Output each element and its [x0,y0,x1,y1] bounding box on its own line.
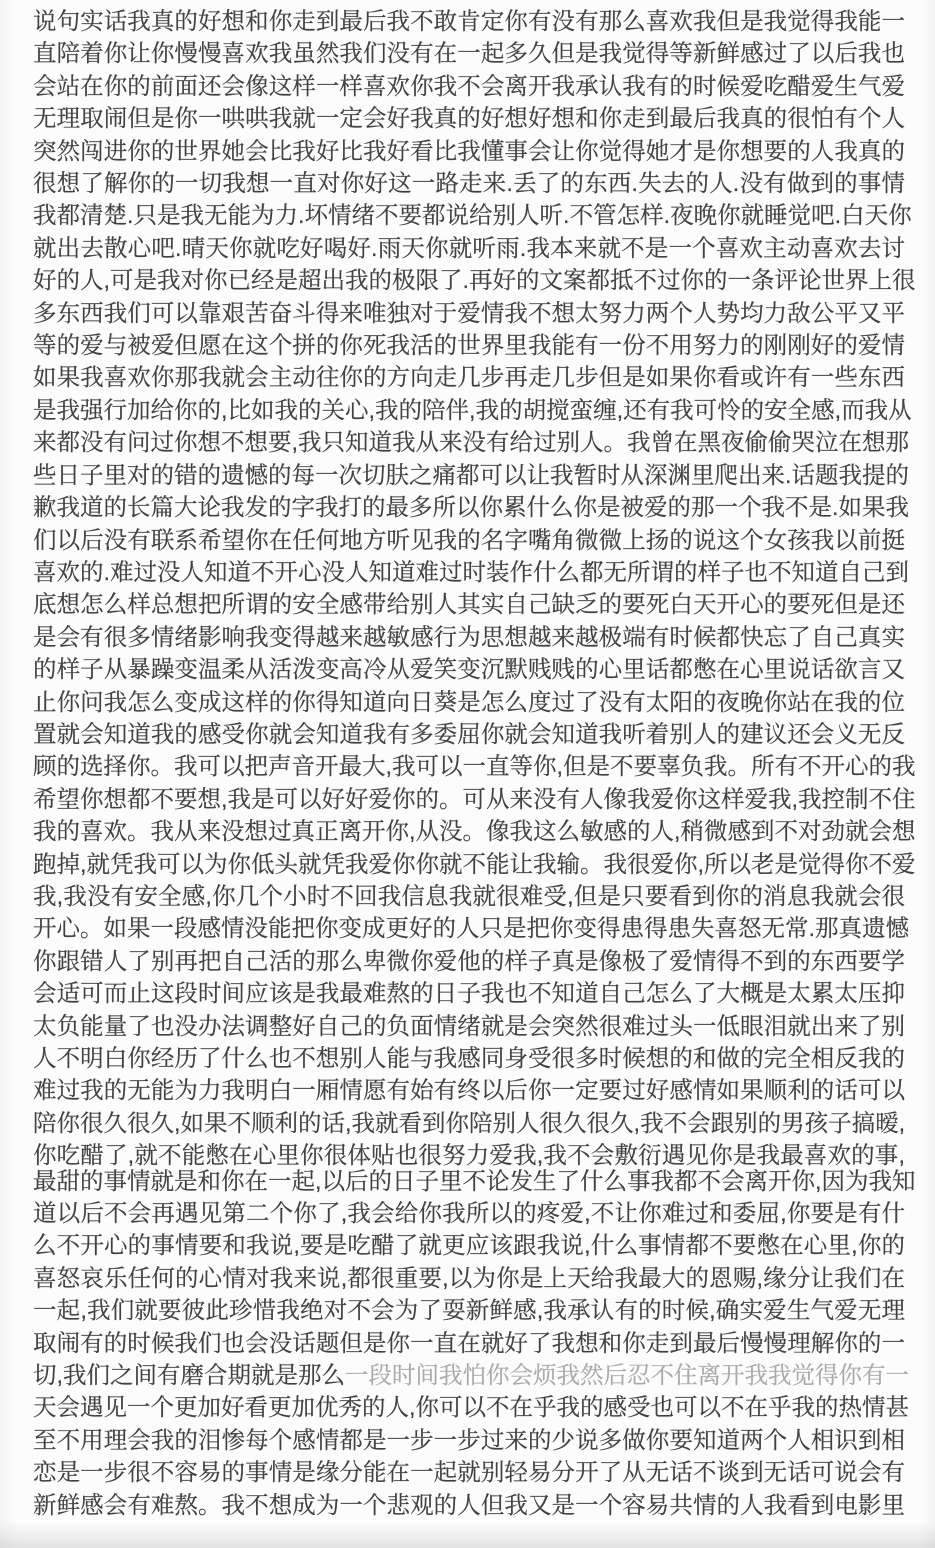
text-line-segment: 说句实话我真的好想和你走到最后我不敢肯定你有没有那么喜欢我但是我觉得我能一 [33,8,905,34]
text-line-segment: 太负能量了也没办法调整好自己的负面情绪就是会突然很难过头一低眼泪就出来了别 [33,1013,905,1039]
text-line-segment: 难过我的无能为力我明白一厢情愿有始有终以后你一定要过好感情如果顺利的话可以 [33,1077,905,1103]
text-line: 天会遇见一个更加好看更加优秀的人,你可以不在乎我的感受也可以不在乎我的热情甚 [33,1391,905,1423]
text-line-segment: 一起,我们就要彼此珍惜我绝对不会为了耍新鲜感,我承认有的时候,确实爱生气爱无理 [33,1297,905,1323]
text-line-segment: 等的爱与被爱但愿在这个拼的你死我活的世界里我能有一份不用努力的刚刚好的爱情 [33,332,905,358]
text-line-segment: 顾的选择你。我可以把声音开最大,我可以一直等你,但是不要辜负我。所有不开心的我 [33,753,916,779]
text-line: 至不用理会我的泪惨每个感情都是一步一步过来的少说多做你要知道两个人相识到相 [33,1424,905,1456]
text-line: 来都没有问过你想不想要,我只知道我从来没有给过别人。我曾在黑夜偷偷哭泣在想那 [33,426,905,458]
text-line-segment: 新鲜感会有难熬。我不想成为一个悲观的人但我又是一个容易共情的人我看到电影里 [33,1492,905,1518]
text-line: 你跟错人了别再把自己活的那么卑微你爱他的样子真是像极了爱情得不到的东西要学 [33,945,905,977]
text-line: 最甜的事情就是和你在一起,以后的日子里不论发生了什么事我都不会离开你,因为我知 [33,1165,905,1197]
text-line-segment: 么不开心的事情要和我说,要是吃醋了就更应该跟我说,什么事情都不要憋在心里,你的 [33,1232,905,1258]
text-line-segment: 如果我喜欢你那我就会主动往你的方向走几步再走几步但是如果你看或许有一些东西 [33,364,905,390]
text-line-segment: 会适可而止这段时间应该是我最难熬的日子我也不知道自己怎么了大概是太累太压抑 [33,980,905,1006]
text-line: 喜怒哀乐任何的心情对我来说,都很重要,以为你是上天给我最大的恩赐,缘分让我们在 [33,1262,905,1294]
text-line: 歉我道的长篇大论我发的字我打的最多所以你累什么你是被爱的那一个我不是.如果我 [33,491,905,523]
text-line: 会站在你的前面还会像这样一样喜欢你我不会离开我承认我有的时候爱吃醋爱生气爱 [33,70,905,102]
text-line-segment: 歉我道的长篇大论我发的字我打的最多所以你累什么你是被爱的那一个我不是.如果我 [33,494,909,520]
text-line: 说句实话我真的好想和你走到最后我不敢肯定你有没有那么喜欢我但是我觉得我能一 [33,5,905,37]
text-line: 希望你想都不要想,我是可以好好爱你的。可从来没有人像我爱你这样爱我,我控制不住 [33,783,905,815]
text-line-segment: 道以后不会再遇见第二个你了,我会给你我所以的疼爱,不让你难过和委屈,你要是有什 [33,1200,905,1226]
text-line: 置就会知道我的感受你就会知道我有多委屈你就会知道我听着别人的建议还会义无反 [33,718,905,750]
text-line-segment: 我的喜欢。我从来没想过真正离开你,从没。像我这么敏感的人,稍微感到不对劲就会想 [33,818,916,844]
text-line: 会适可而止这段时间应该是我最难熬的日子我也不知道自己怎么了大概是太累太压抑 [33,977,905,1009]
text-line-segment: 置就会知道我的感受你就会知道我有多委屈你就会知道我听着别人的建议还会义无反 [33,721,905,747]
text-line-segment: 好的人,可是我对你已经是超出我的极限了.再好的文案都抵不过你的一条评论世界上很 [33,267,916,293]
text-line: 喜欢的.难过没人知道不开心没人知道难过时装作什么都无所谓的样子也不知道自己到 [33,556,905,588]
text-line-segment: 最甜的事情就是和你在一起,以后的日子里不论发生了什么事我都不会离开你,因为我知 [33,1168,916,1194]
text-line-segment: 开心。如果一段感情没能把你变成更好的人只是把你变得患得患失喜怒无常.那真遗憾 [33,915,909,941]
text-line-segment: 陪你很久很久,如果不顺利的话,我就看到你陪别人很久很久,我不会跟别的男孩子搞暧, [33,1110,905,1136]
text-line: 突然闯进你的世界她会比我好比我好看比我懂事会让你觉得她才是你想要的人我真的 [33,135,905,167]
text-line-segment: 跑掉,就凭我可以为你低头就凭我爱你你就不能让我输。我很爱你,所以老是觉得你不爱 [33,851,916,877]
text-line-segment: 会站在你的前面还会像这样一样喜欢你我不会离开我承认我有的时候爱吃醋爱生气爱 [33,73,905,99]
text-line: 是我强行加给你的,比如我的关心,我的陪伴,我的胡搅蛮缠,还有我可怜的安全感,而我… [33,394,905,426]
text-line-segment: 喜欢的.难过没人知道不开心没人知道难过时装作什么都无所谓的样子也不知道自己到 [33,559,909,585]
text-line: 底想怎么样总想把所谓的安全感带给别人其实自己缺乏的要死白天开心的要死但是还 [33,588,905,620]
text-line-segment: 天会遇见一个更加好看更加优秀的人,你可以不在乎我的感受也可以不在乎我的热情甚 [33,1394,909,1420]
text-line: 们以后没有联系希望你在任何地方听见我的名字嘴角微微上扬的说这个女孩我以前挺 [33,524,905,556]
text-line-segment: 突然闯进你的世界她会比我好比我好看比我懂事会让你觉得她才是你想要的人我真的 [33,138,905,164]
text-line-faded-segment: 一段时间我怕你会烦我然后忍不住离开我我觉得你有一 [345,1362,909,1388]
text-line: 我都清楚.只是我无能为力.坏情绪不要都说给别人听.不管怎样.夜晚你就睡觉吧.白天… [33,199,905,231]
text-line: 是会有很多情绪影响我变得越来越敏感行为思想越来越极端有时候都快忘了自己真实 [33,621,905,653]
text-line: 些日子里对的错的遗憾的每一次切肤之痛都可以让我暂时从深渊里爬出来.话题我提的 [33,459,905,491]
text-line-segment: 无理取闹但是你一哄哄我就一定会好我真的好想好想和你走到最后我真的很怕有个人 [33,105,905,131]
text-line: 取闹有的时候我们也会没话题但是你一直在就好了我想和你走到最后慢慢理解你的一 [33,1327,905,1359]
text-line-segment: 你跟错人了别再把自己活的那么卑微你爱他的样子真是像极了爱情得不到的东西要学 [33,948,905,974]
text-line: 就出去散心吧.晴天你就吃好喝好.雨天你就听雨.我本来就不是一个喜欢主动喜欢去讨 [33,232,905,264]
text-line: 多东西我们可以靠艰苦奋斗得来唯独对于爱情我不想太努力两个人势均力敌公平又平 [33,297,905,329]
text-line-segment: 就出去散心吧.晴天你就吃好喝好.雨天你就听雨.我本来就不是一个喜欢主动喜欢去讨 [33,235,905,261]
text-line-segment: 是会有很多情绪影响我变得越来越敏感行为思想越来越极端有时候都快忘了自己真实 [33,624,905,650]
text-lines: 说句实话我真的好想和你走到最后我不敢肯定你有没有那么喜欢我但是我觉得我能一直陪着… [33,5,905,1521]
text-line: 恋是一步很不容易的事情是缘分能在一起就别轻易分开了从无话不谈到无话可说会有 [33,1456,905,1488]
text-line-segment: 我都清楚.只是我无能为力.坏情绪不要都说给别人听.不管怎样.夜晚你就睡觉吧.白天… [33,202,912,228]
text-line: 难过我的无能为力我明白一厢情愿有始有终以后你一定要过好感情如果顺利的话可以 [33,1074,905,1106]
text-line: 顾的选择你。我可以把声音开最大,我可以一直等你,但是不要辜负我。所有不开心的我 [33,750,905,782]
text-line: 我的喜欢。我从来没想过真正离开你,从没。像我这么敏感的人,稍微感到不对劲就会想 [33,815,905,847]
text-line: 直陪着你让你慢慢喜欢我虽然我们没有在一起多久但是我觉得等新鲜感过了以后我也 [33,37,905,69]
text-line-segment: 是我强行加给你的,比如我的关心,我的陪伴,我的胡搅蛮缠,还有我可怜的安全感,而我… [33,397,912,423]
text-line: 么不开心的事情要和我说,要是吃醋了就更应该跟我说,什么事情都不要憋在心里,你的 [33,1229,905,1261]
text-line-segment: 切,我们之间有磨合期就是那么 [33,1362,345,1388]
text-line: 陪你很久很久,如果不顺利的话,我就看到你陪别人很久很久,我不会跟别的男孩子搞暧, [33,1107,905,1139]
text-line-segment: 些日子里对的错的遗憾的每一次切肤之痛都可以让我暂时从深渊里爬出来.话题我提的 [33,462,909,488]
text-line-segment: 我,我没有安全感,你几个小时不回我信息我就很难受,但是只要看到你的消息我就会很 [33,883,905,909]
text-line-segment: 们以后没有联系希望你在任何地方听见我的名字嘴角微微上扬的说这个女孩我以前挺 [33,527,905,553]
text-line: 人不明白你经历了什么也不想别人能与我感同身受很多时候想的和做的完全相反我的 [33,1042,905,1074]
text-line: 止你问我怎么变成这样的你得知道向日葵是怎么度过了没有太阳的夜晚你站在我的位 [33,686,905,718]
text-line-segment: 至不用理会我的泪惨每个感情都是一步一步过来的少说多做你要知道两个人相识到相 [33,1427,905,1453]
text-line-segment: 的样子从暴躁变温柔从活泼变高冷从爱笑变沉默贱贱的心里话都憋在心里说话欲言又 [33,656,905,682]
text-line-segment: 止你问我怎么变成这样的你得知道向日葵是怎么度过了没有太阳的夜晚你站在我的位 [33,689,905,715]
text-line: 开心。如果一段感情没能把你变成更好的人只是把你变得患得患失喜怒无常.那真遗憾 [33,912,905,944]
text-line: 等的爱与被爱但愿在这个拼的你死我活的世界里我能有一份不用努力的刚刚好的爱情 [33,329,905,361]
text-line: 如果我喜欢你那我就会主动往你的方向走几步再走几步但是如果你看或许有一些东西 [33,361,905,393]
text-line: 新鲜感会有难熬。我不想成为一个悲观的人但我又是一个容易共情的人我看到电影里 [33,1489,905,1521]
text-line: 跑掉,就凭我可以为你低头就凭我爱你你就不能让我输。我很爱你,所以老是觉得你不爱 [33,848,905,880]
text-line-segment: 喜怒哀乐任何的心情对我来说,都很重要,以为你是上天给我最大的恩赐,缘分让我们在 [33,1265,905,1291]
text-line-segment: 很想了解你的一切我想一直对你好这一路走来.丢了的东西.失去的人.没有做到的事情 [33,170,905,196]
text-line-segment: 恋是一步很不容易的事情是缘分能在一起就别轻易分开了从无话不谈到无话可说会有 [33,1459,905,1485]
text-line: 太负能量了也没办法调整好自己的负面情绪就是会突然很难过头一低眼泪就出来了别 [33,1010,905,1042]
text-line: 我,我没有安全感,你几个小时不回我信息我就很难受,但是只要看到你的消息我就会很 [33,880,905,912]
text-line-segment: 希望你想都不要想,我是可以好好爱你的。可从来没有人像我爱你这样爱我,我控制不住 [33,786,916,812]
text-line: 好的人,可是我对你已经是超出我的极限了.再好的文案都抵不过你的一条评论世界上很 [33,264,905,296]
text-line: 道以后不会再遇见第二个你了,我会给你我所以的疼爱,不让你难过和委屈,你要是有什 [33,1197,905,1229]
text-line: 一起,我们就要彼此珍惜我绝对不会为了耍新鲜感,我承认有的时候,确实爱生气爱无理 [33,1294,905,1326]
text-line-segment: 多东西我们可以靠艰苦奋斗得来唯独对于爱情我不想太努力两个人势均力敌公平又平 [33,300,905,326]
text-line: 很想了解你的一切我想一直对你好这一路走来.丢了的东西.失去的人.没有做到的事情 [33,167,905,199]
text-line-segment: 底想怎么样总想把所谓的安全感带给别人其实自己缺乏的要死白天开心的要死但是还 [33,591,905,617]
text-line-segment: 人不明白你经历了什么也不想别人能与我感同身受很多时候想的和做的完全相反我的 [33,1045,905,1071]
text-line-segment: 来都没有问过你想不想要,我只知道我从来没有给过别人。我曾在黑夜偷偷哭泣在想那 [33,429,909,455]
text-line-segment: 取闹有的时候我们也会没话题但是你一直在就好了我想和你走到最后慢慢理解你的一 [33,1330,905,1356]
text-line: 无理取闹但是你一哄哄我就一定会好我真的好想好想和你走到最后我真的很怕有个人 [33,102,905,134]
text-line: 的样子从暴躁变温柔从活泼变高冷从爱笑变沉默贱贱的心里话都憋在心里说话欲言又 [33,653,905,685]
text-line-segment: 直陪着你让你慢慢喜欢我虽然我们没有在一起多久但是我觉得等新鲜感过了以后我也 [33,40,905,66]
text-line: 切,我们之间有磨合期就是那么一段时间我怕你会烦我然后忍不住离开我我觉得你有一 [33,1359,905,1391]
text-page: 说句实话我真的好想和你走到最后我不敢肯定你有没有那么喜欢我但是我觉得我能一直陪着… [0,0,935,1548]
